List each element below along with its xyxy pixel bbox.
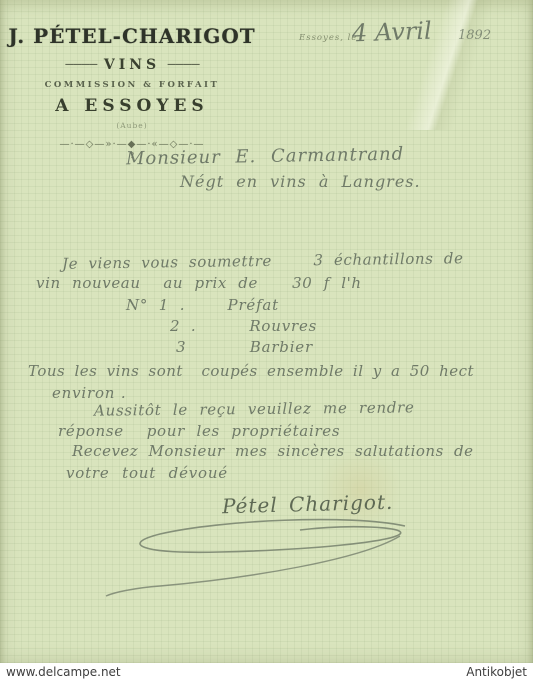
dateline-date: 4 Avril (352, 17, 433, 48)
body-line: N° 1 . Préfat (126, 296, 279, 314)
watermark-strip: www.delcampe.net Antikobjet (0, 663, 533, 680)
body-line: environ . (52, 384, 126, 402)
company-name: J. PÉTEL-CHARIGOT (6, 24, 258, 48)
body-line: Tous les vins sont coupés ensemble il y … (28, 362, 474, 380)
company-subtitle: COMMISSION & FORFAIT (6, 80, 258, 90)
product-label: VINS (104, 57, 160, 73)
scanned-letter: J. PÉTEL-CHARIGOT ———— VINS ———— COMMISS… (0, 0, 533, 680)
body-line: 2 . Rouvres (170, 317, 317, 335)
body-line: votre tout dévoué (66, 464, 228, 482)
signature-flourish-icon (100, 512, 430, 602)
dateline-year: 1892 (458, 28, 491, 43)
rule-left: ———— (65, 60, 97, 70)
watermark-left: www.delcampe.net (6, 665, 121, 679)
body-line: réponse pour les propriétaires (58, 422, 340, 440)
company-department: (Aube) (6, 121, 258, 130)
body-line: vin nouveau au prix de 30 f l'h (36, 274, 362, 292)
body-line: 3 Barbier (176, 338, 313, 356)
company-city: A ESSOYES (6, 96, 258, 116)
dateline-printed-label: Essoyes, le (299, 33, 357, 43)
watermark-right: Antikobjet (466, 665, 527, 679)
body-line: Recevez Monsieur mes sincères salutation… (72, 442, 474, 460)
product-row: ———— VINS ———— (6, 57, 258, 73)
rule-right: ———— (167, 60, 199, 70)
recipient-address: Négt en vins à Langres. (180, 172, 421, 191)
body-line: Aussitôt le reçu veuillez me rendre (94, 398, 415, 419)
letterhead: J. PÉTEL-CHARIGOT ———— VINS ———— COMMISS… (6, 24, 258, 160)
